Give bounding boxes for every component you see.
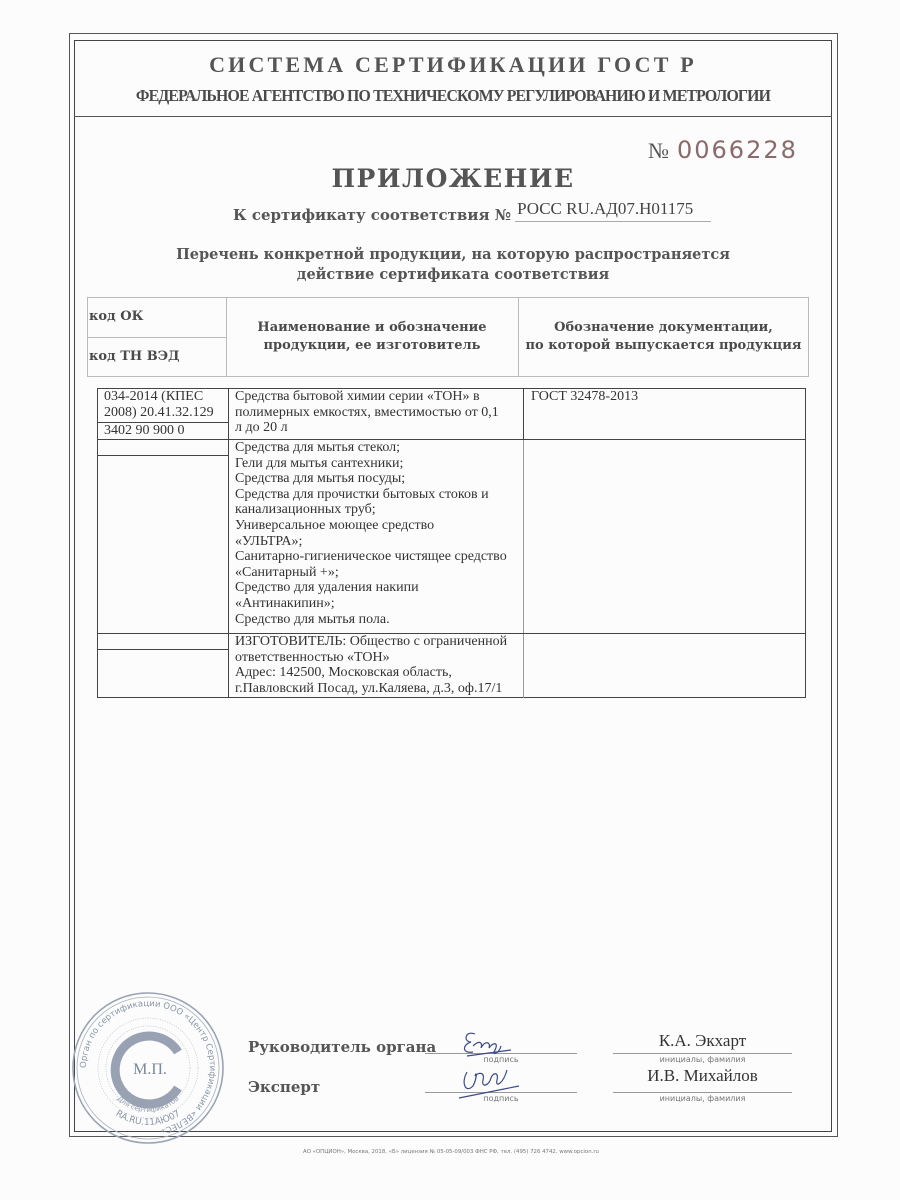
head-name: К.А. Экхарт [613,1031,792,1051]
table-row-3-manufacturer: ИЗГОТОВИТЕЛЬ: Общество с ограниченной от… [235,634,507,696]
header-divider [74,116,832,117]
product-line: Средства для мытья посуды; [235,471,507,487]
product-line: Санитарно-гигиеническое чистящее средств… [235,549,507,565]
row2-code-split [97,455,228,456]
header-code-ok: код ОК [89,308,143,326]
certificate-reference: К сертификату соответствия № РОСС RU.АД0… [233,205,711,228]
product-line: Средство для удаления накипи [235,580,507,596]
header-divider-codes [87,337,226,338]
table-row-1-product: Средства бытовой химии серии «ТОН» в пол… [235,389,499,436]
expert-label: Эксперт [248,1078,320,1096]
row3-code-split [97,649,228,650]
product-line: Гели для мытья сантехники; [235,456,507,472]
head-of-body-label: Руководитель органа [248,1038,436,1056]
serial-number-value: 0066228 [677,136,798,164]
header-documentation: Обозначение документации, по которой вып… [518,319,809,355]
header-product-line-2: продукции, ее изготовитель [226,337,518,355]
table-row-2-product: Средства для мытья стекол; Гели для мыть… [235,440,507,627]
expert-name: И.В. Михайлов [613,1066,792,1086]
svg-text:М.П.: М.П. [133,1061,167,1078]
table-row-1-code-tnved: 3402 90 900 0 [104,423,185,439]
manufacturer-line: г.Павловский Посад, ул.Каляева, д.3, оф.… [235,681,507,697]
product-line: Средства бытовой химии серии «ТОН» в [235,389,499,405]
page-title: ПРИЛОЖЕНИЕ [74,164,832,193]
seal-stamp-icon: Орган по сертификации ООО «Центр Сертифи… [70,990,226,1146]
handwritten-signature-icon [455,1020,545,1105]
system-title: СИСТЕМА СЕРТИФИКАЦИИ ГОСТ Р [74,52,832,78]
number-sign: № [648,138,669,163]
head-name-line [613,1053,792,1054]
table-row-1-document: ГОСТ 32478-2013 [531,389,638,405]
head-name-hint: инициалы, фамилия [613,1055,792,1064]
product-line: Средства для прочистки бытовых стоков и [235,487,507,503]
product-line: «УЛЬТРА»; [235,534,507,550]
list-title-line-1: Перечень конкретной продукции, на котору… [74,245,832,265]
printer-imprint: АО «ОПЦИОН», Москва, 2018, «Б» лицензия … [303,1149,599,1155]
manufacturer-line: ИЗГОТОВИТЕЛЬ: Общество с ограниченной [235,634,507,650]
product-line: Средства для мытья стекол; [235,440,507,456]
product-line: Универсальное моющее средство [235,518,507,534]
table-row-1-code-ok: 034-2014 (КПЕС 2008) 20.41.32.129 [104,389,214,420]
product-line: Средство для мытья пола. [235,612,507,628]
manufacturer-line: Адрес: 142500, Московская область, [235,665,507,681]
code-ok-line-2: 2008) 20.41.32.129 [104,405,214,421]
header-docs-line-2: по которой выпускается продукция [518,337,809,355]
expert-name-hint: инициалы, фамилия [613,1094,792,1103]
list-title-line-2: действие сертификата соответствия [74,265,832,285]
product-line: л до 20 л [235,420,499,436]
table-col-divider-1 [228,388,229,698]
product-line: «Санитарный +»; [235,565,507,581]
product-line: канализационных труб; [235,502,507,518]
table-col-divider-2 [523,388,524,440]
expert-name-line [613,1092,792,1093]
manufacturer-line: ответственностью «ТОН» [235,650,507,666]
header-product-line-1: Наименование и обозначение [226,319,518,337]
code-ok-line-1: 034-2014 (КПЕС [104,389,214,405]
list-title: Перечень конкретной продукции, на котору… [74,245,832,285]
table-col-divider-2b [523,440,524,698]
header-product: Наименование и обозначение продукции, ее… [226,319,518,355]
agency-title: ФЕДЕРАЛЬНОЕ АГЕНТСТВО ПО ТЕХНИЧЕСКОМУ РЕ… [101,86,806,106]
header-docs-line-1: Обозначение документации, [518,319,809,337]
form-serial-number: № 0066228 [648,136,798,164]
header-code-tnved: код ТН ВЭД [89,348,180,366]
certificate-label: К сертификату соответствия № [233,206,511,224]
product-line: «Антинакипин»; [235,596,507,612]
product-line: полимерных емкостях, вместимостью от 0,1 [235,405,499,421]
certificate-number: РОСС RU.АД07.Н01175 [515,199,711,222]
